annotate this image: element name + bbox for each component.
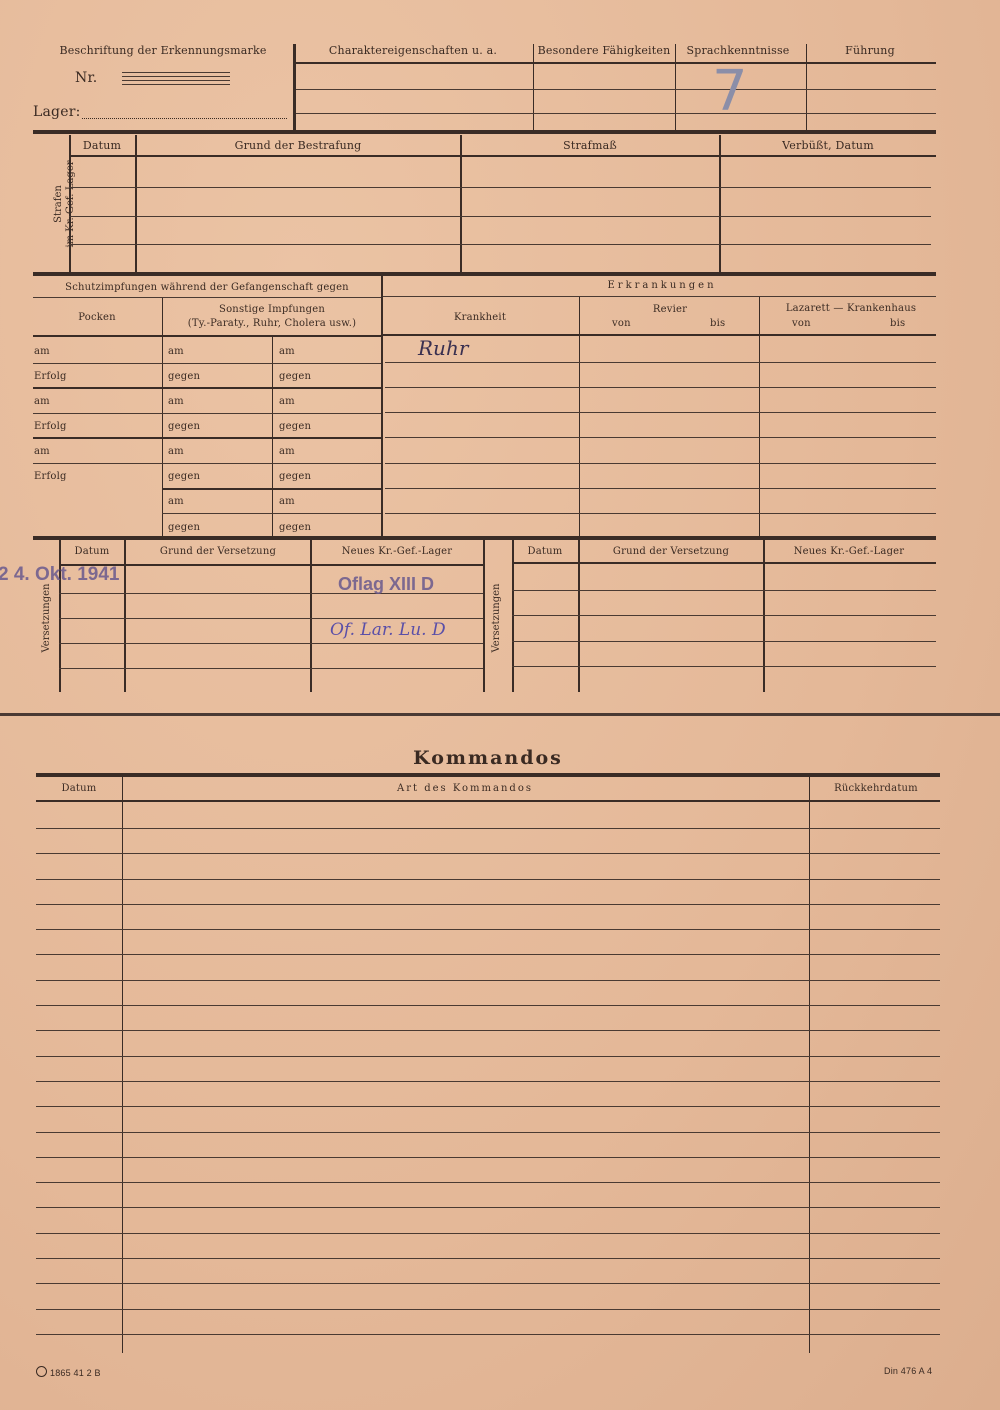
page-fold [0, 713, 1000, 716]
kommandos-row-line [36, 1182, 940, 1183]
sonst-gegen: gegen [168, 471, 200, 482]
krankheit-label: Krankheit [454, 312, 506, 323]
divider [759, 297, 760, 537]
revier-bis: bis [710, 318, 725, 329]
rule [512, 615, 936, 616]
sonst-gegen: gegen [168, 421, 200, 432]
erkrankungen-header: Erkrankungen [607, 280, 716, 291]
divider [310, 540, 312, 692]
section-rule [33, 130, 936, 134]
divider [533, 44, 534, 132]
lazarett-bis: bis [890, 318, 905, 329]
pocken-label: Pocken [78, 312, 116, 323]
sonst-am: am [279, 446, 295, 457]
kom-col-art: Art des Kommandos [397, 783, 533, 794]
pocken-erfolg: Erfolg [34, 371, 67, 382]
kom-col-datum: Datum [62, 783, 97, 794]
vers-col-lager: Neues Kr.-Gef.-Lager [342, 546, 453, 557]
sonst-gegen: gegen [279, 471, 311, 482]
kommandos-row-line [36, 1283, 940, 1284]
divider [122, 777, 123, 1353]
sonst-am: am [168, 346, 184, 357]
rule [69, 187, 931, 188]
divider [381, 276, 383, 538]
publisher-logo-icon [36, 1366, 47, 1377]
pocken-am: am [34, 396, 50, 407]
rule [162, 513, 381, 514]
kommandos-row-line [36, 980, 940, 981]
rule [36, 800, 940, 802]
kommandos-row-line [36, 879, 940, 880]
nr-line [122, 80, 230, 81]
rule [296, 113, 936, 114]
sonst-am: am [168, 396, 184, 407]
versetzungen-side-label-right: Versetzungen [491, 563, 503, 673]
col-datum: Datum [83, 139, 121, 152]
sonst-gegen: gegen [279, 522, 311, 533]
divider [59, 540, 61, 692]
kommandos-row-line [36, 954, 940, 955]
rule [33, 363, 381, 364]
sonstige-label: Sonstige Impfungen [219, 304, 325, 315]
strafen-side-label: Strafen im Kr.-Gef.-Lager [53, 149, 77, 259]
document-paper [0, 0, 1000, 1410]
rule [296, 62, 936, 64]
rule [69, 155, 936, 157]
divider [293, 44, 296, 132]
rule [33, 297, 381, 298]
divider [483, 540, 485, 692]
section-rule [36, 773, 940, 777]
kommandos-row-line [36, 1081, 940, 1082]
col-strafmass: Strafmaß [563, 139, 617, 152]
divider [579, 297, 580, 537]
impf-header: Schutzimpfungen während der Gefangenscha… [65, 282, 349, 293]
kommandos-row-line [36, 1005, 940, 1006]
kommandos-row-line [36, 1030, 940, 1031]
nr-line [122, 72, 230, 73]
rule [69, 244, 931, 245]
sonst-gegen: gegen [279, 421, 311, 432]
sonst-am: am [279, 496, 295, 507]
sonst-am: am [279, 396, 295, 407]
rule [512, 590, 936, 591]
kommandos-row-line [36, 1106, 940, 1107]
col-charakter: Charaktereigenschaften u. a. [329, 44, 497, 57]
vers2-col-grund: Grund der Versetzung [613, 546, 729, 557]
divider [124, 540, 126, 692]
col-verbuesst: Verbüßt, Datum [782, 139, 874, 152]
rule [33, 437, 381, 439]
pocken-am: am [34, 346, 50, 357]
sonstige-sub: (Ty.-Paraty., Ruhr, Cholera usw.) [188, 318, 357, 329]
nr-label: Nr. [75, 70, 97, 86]
camp-stamp: Oflag XIII D [338, 574, 434, 595]
vers-col-datum: Datum [75, 546, 110, 557]
col-sprache: Sprachkenntnisse [686, 44, 789, 57]
pocken-am: am [34, 446, 50, 457]
rule [385, 412, 936, 413]
kom-col-rueckkehr: Rückkehrdatum [834, 783, 918, 794]
kommandos-row-line [36, 1258, 940, 1259]
revier-von: von [612, 318, 631, 329]
rule [385, 513, 936, 514]
rule [385, 488, 936, 489]
lazarett-label: Lazarett — Krankenhaus [786, 303, 916, 314]
footer-code: 1865 41 2 B [50, 1368, 101, 1378]
col-grund: Grund der Bestrafung [235, 139, 362, 152]
kommandos-row-line [36, 1309, 940, 1310]
kommandos-row-line [36, 1157, 940, 1158]
footer-left: 1865 41 2 B [36, 1366, 101, 1378]
rule [296, 89, 936, 90]
kommandos-row-line [36, 853, 940, 854]
vers-col-grund: Grund der Versetzung [160, 546, 276, 557]
rule [512, 666, 936, 667]
rule [383, 296, 936, 297]
rule [33, 387, 381, 389]
kommandos-row-line [36, 929, 940, 930]
rule [33, 463, 381, 464]
kommandos-row-line [36, 1056, 940, 1057]
rule [59, 668, 483, 669]
nr-line [122, 76, 230, 77]
tag-label: Beschriftung der Erkennungsmarke [59, 44, 266, 57]
rule [33, 335, 381, 337]
rule [162, 488, 381, 490]
rule [69, 216, 931, 217]
footer-right: Din 476 A 4 [884, 1366, 932, 1376]
side-label-line: Strafen [53, 149, 65, 259]
kommandos-row-line [36, 1132, 940, 1133]
pencil-mark: 7 [712, 62, 748, 122]
rule [512, 562, 936, 564]
rule [385, 387, 936, 388]
krankheit-entry: Ruhr [418, 336, 468, 360]
nr-line [122, 84, 230, 85]
lager-field[interactable] [82, 118, 287, 119]
lazarett-von: von [792, 318, 811, 329]
sonst-am: am [168, 446, 184, 457]
rule [385, 437, 936, 438]
vers2-col-datum: Datum [528, 546, 563, 557]
divider [162, 298, 163, 336]
rule [385, 463, 936, 464]
handwritten-note: Of. Lar. Lu. D [330, 620, 446, 640]
divider [809, 777, 810, 1353]
revier-label: Revier [653, 304, 687, 315]
col-faehigkeiten: Besondere Fähigkeiten [538, 44, 671, 57]
kommandos-row-line [36, 904, 940, 905]
rule [33, 413, 381, 414]
sonst-gegen: gegen [168, 522, 200, 533]
rule [512, 641, 936, 642]
rule [59, 618, 483, 619]
pocken-erfolg: Erfolg [34, 421, 67, 432]
sonst-am: am [279, 346, 295, 357]
divider [675, 44, 676, 132]
kommandos-row-line [36, 828, 940, 829]
sonst-gegen: gegen [168, 371, 200, 382]
kommandos-row-line [36, 1207, 940, 1208]
pocken-erfolg: Erfolg [34, 471, 67, 482]
rule [385, 362, 936, 363]
kommandos-row-line [36, 1334, 940, 1335]
vers2-col-lager: Neues Kr.-Gef.-Lager [794, 546, 905, 557]
date-stamp: 2 4. Okt. 1941 [0, 564, 119, 586]
col-fuehrung: Führung [845, 44, 895, 57]
sonst-am: am [168, 496, 184, 507]
kommandos-title: Kommandos [413, 747, 563, 769]
side-label-line: im Kr.-Gef.-Lager [65, 149, 77, 259]
rule [59, 643, 483, 644]
sonst-gegen: gegen [279, 371, 311, 382]
kommandos-row-line [36, 1233, 940, 1234]
divider [806, 44, 807, 132]
section-rule [33, 272, 936, 276]
lager-label: Lager: [33, 104, 81, 120]
rule [59, 564, 483, 566]
